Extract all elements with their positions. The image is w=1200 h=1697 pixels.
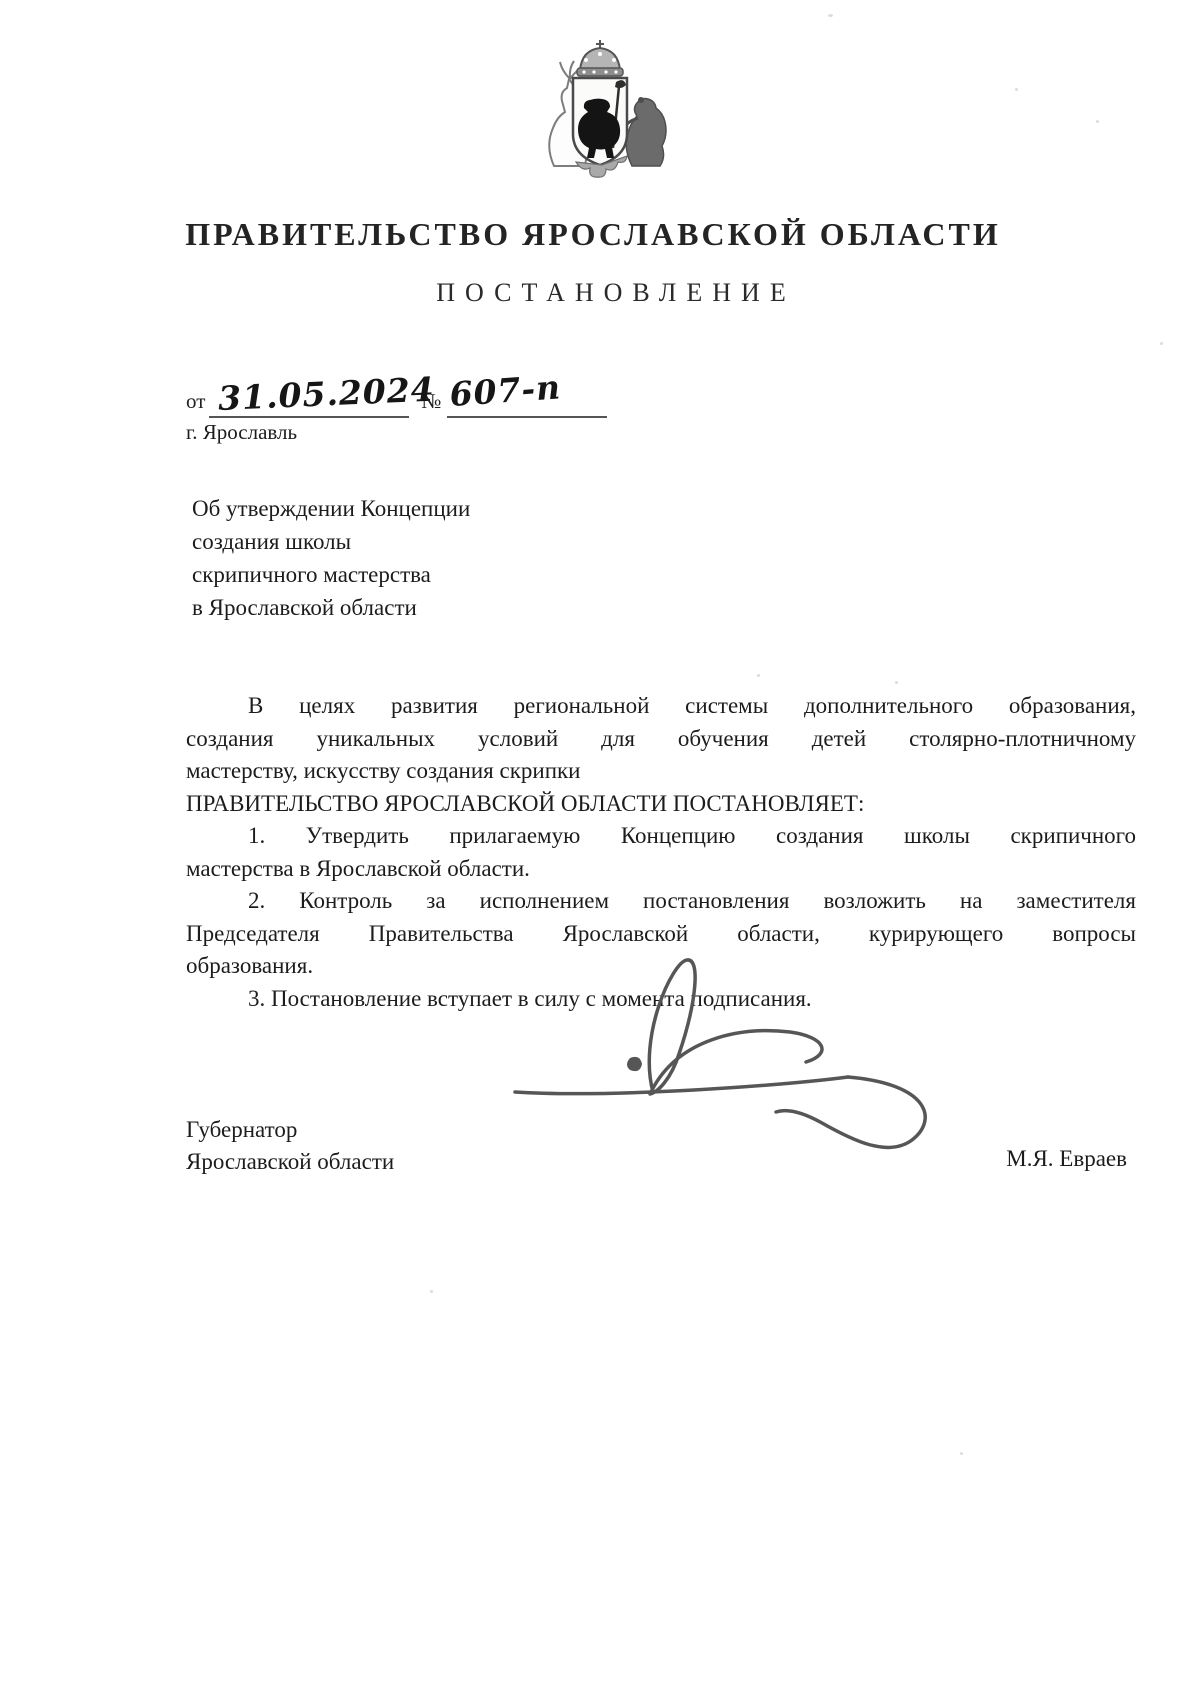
body-line: 2. Контроль за исполнением постановления… xyxy=(186,885,1136,918)
subject-block: Об утверждении Концепции создания школы … xyxy=(192,492,470,624)
scan-speck xyxy=(430,1290,433,1293)
signatory-name: М.Я. Евраев xyxy=(1006,1146,1127,1172)
scan-speck xyxy=(895,681,898,684)
body-line: 1. Утвердить прилагаемую Концепцию созда… xyxy=(186,820,1136,853)
document-type-title: ПОСТАНОВЛЕНИЕ xyxy=(0,278,1200,308)
subject-line: Об утверждении Концепции xyxy=(192,492,470,525)
city-label: г. Ярославль xyxy=(186,420,297,445)
body-line: создания уникальных условий для обучения… xyxy=(186,723,1136,756)
date-field: 31.05.2024 xyxy=(209,366,409,418)
scan-speck xyxy=(1096,120,1099,123)
body-line: ПРАВИТЕЛЬСТВО ЯРОСЛАВСКОЙ ОБЛАСТИ ПОСТАН… xyxy=(186,788,1136,821)
body-line: В целях развития региональной системы до… xyxy=(186,690,1136,723)
number-field: 607-п xyxy=(447,366,607,418)
date-prefix-label: от xyxy=(186,389,205,418)
subject-line: в Ярославской области xyxy=(192,591,470,624)
crown-icon xyxy=(577,40,623,76)
subject-line: создания школы xyxy=(192,525,470,558)
handwritten-date: 31.05.2024 xyxy=(218,370,436,418)
scan-speck xyxy=(828,14,833,17)
signatory-position-line: Губернатор xyxy=(186,1114,394,1146)
scanned-decree-page: ПРАВИТЕЛЬСТВО ЯРОСЛАВСКОЙ ОБЛАСТИ ПОСТАН… xyxy=(0,0,1200,1697)
signatory-position: Губернатор Ярославской области xyxy=(186,1114,394,1178)
scan-speck xyxy=(1015,88,1018,91)
body-line: мастерства в Ярославской области. xyxy=(186,853,1136,886)
scan-speck xyxy=(1160,342,1163,345)
subject-line: скрипичного мастерства xyxy=(192,558,470,591)
handwritten-number: 607-п xyxy=(449,367,563,414)
scan-speck xyxy=(757,674,760,677)
shield-icon xyxy=(573,78,627,165)
coat-of-arms-icon xyxy=(520,38,680,194)
bear-supporter-icon xyxy=(625,97,666,166)
signatory-position-line: Ярославской области xyxy=(186,1146,394,1178)
body-line: мастерству, искусству создания скрипки xyxy=(186,755,1136,788)
signature-autograph-icon xyxy=(490,942,960,1187)
organization-name: ПРАВИТЕЛЬСТВО ЯРОСЛАВСКОЙ ОБЛАСТИ xyxy=(0,216,1186,253)
date-number-line: от 31.05.2024 № 607-п xyxy=(186,366,607,418)
scan-speck xyxy=(960,1452,963,1455)
